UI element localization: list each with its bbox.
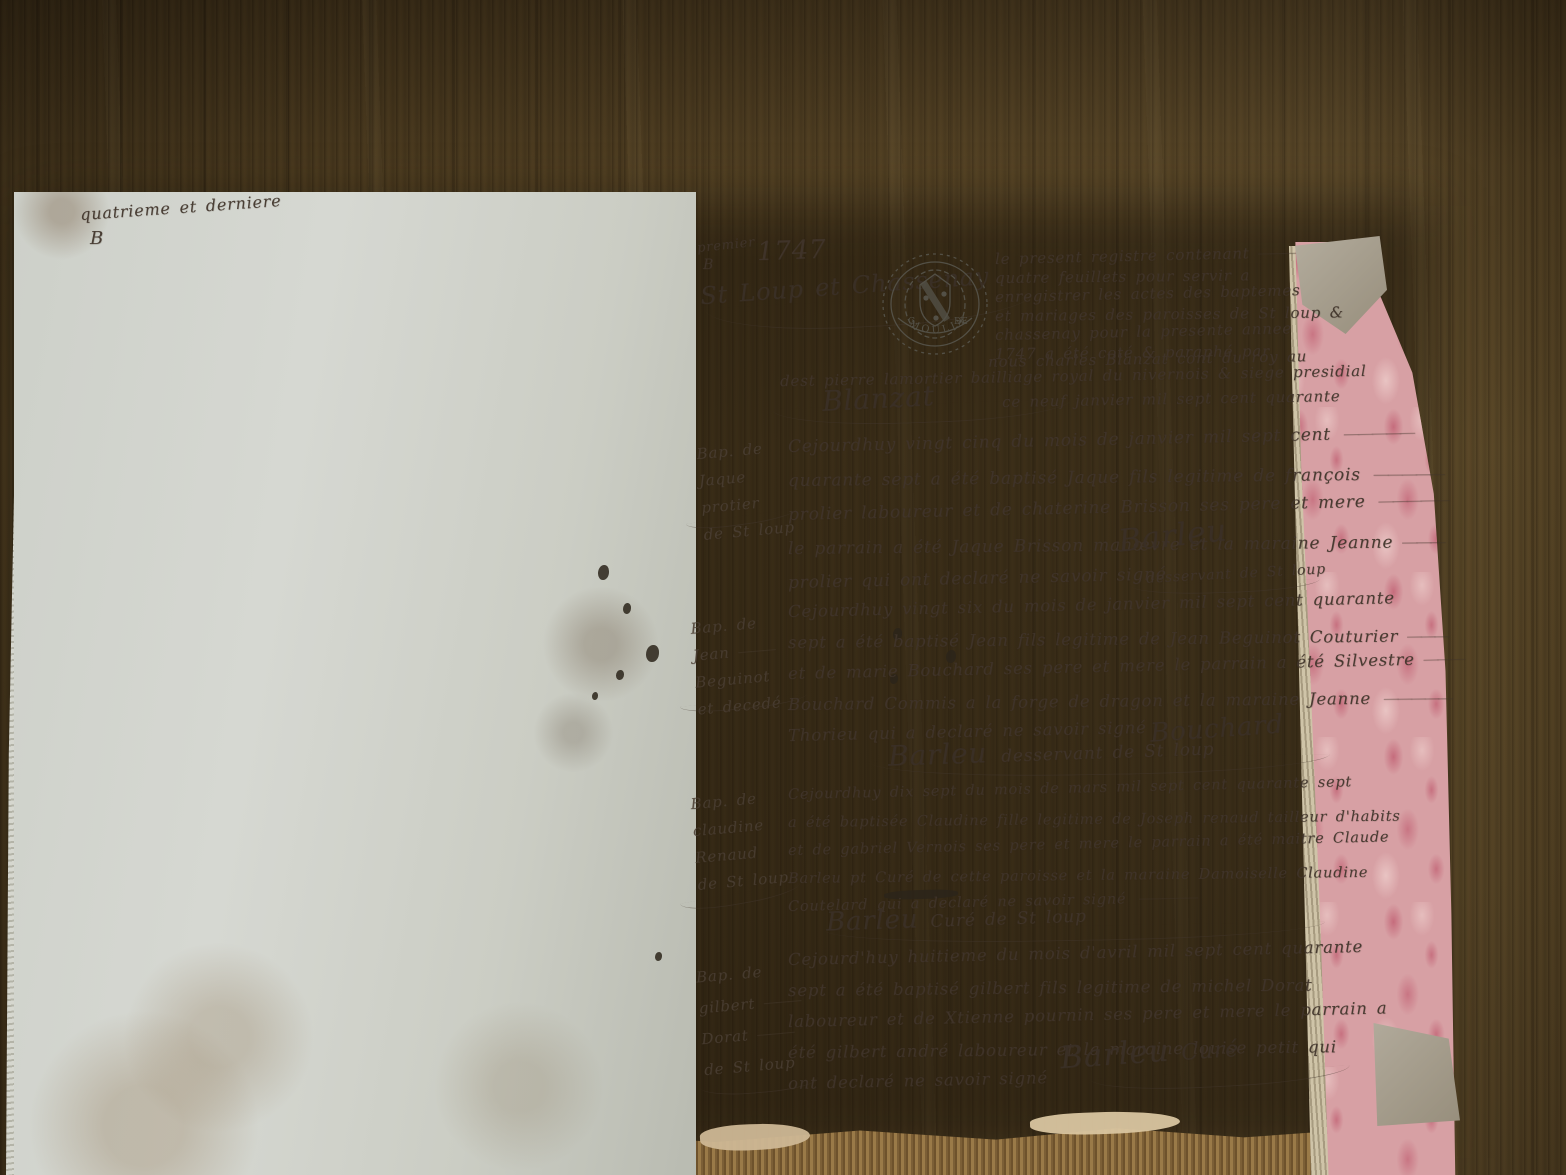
margin-note-entry-1: Bap. de Jaque protier de St loup	[695, 433, 795, 549]
moulins-tax-stamp: G. DE MOULINS	[878, 250, 993, 358]
signature-title-entry-4: Curé	[1180, 1037, 1239, 1066]
left-page-annotation-letter: B	[90, 228, 104, 249]
baptism-entry-3: Cejourdhuy dix sept du mois de mars mil …	[788, 781, 1401, 921]
baptism-entry-2: Cejourdhuy vingt six du mois de janvier …	[788, 596, 1463, 751]
photo-of-parish-register: quatrieme et derniere B premier B 1747 S…	[0, 0, 1566, 1175]
baptism-entry-1: Cejourdhuy vingt cinq du mois de janvier…	[788, 430, 1448, 600]
barleu-signature-entry-4: Barleu	[1059, 1033, 1170, 1077]
left-blank-page	[14, 192, 696, 1175]
corner-note-letter: B	[703, 257, 714, 273]
year-heading: 1747	[756, 235, 826, 267]
margin-note-entry-3: Bap. de claudine Renaud de St loup	[689, 783, 789, 899]
